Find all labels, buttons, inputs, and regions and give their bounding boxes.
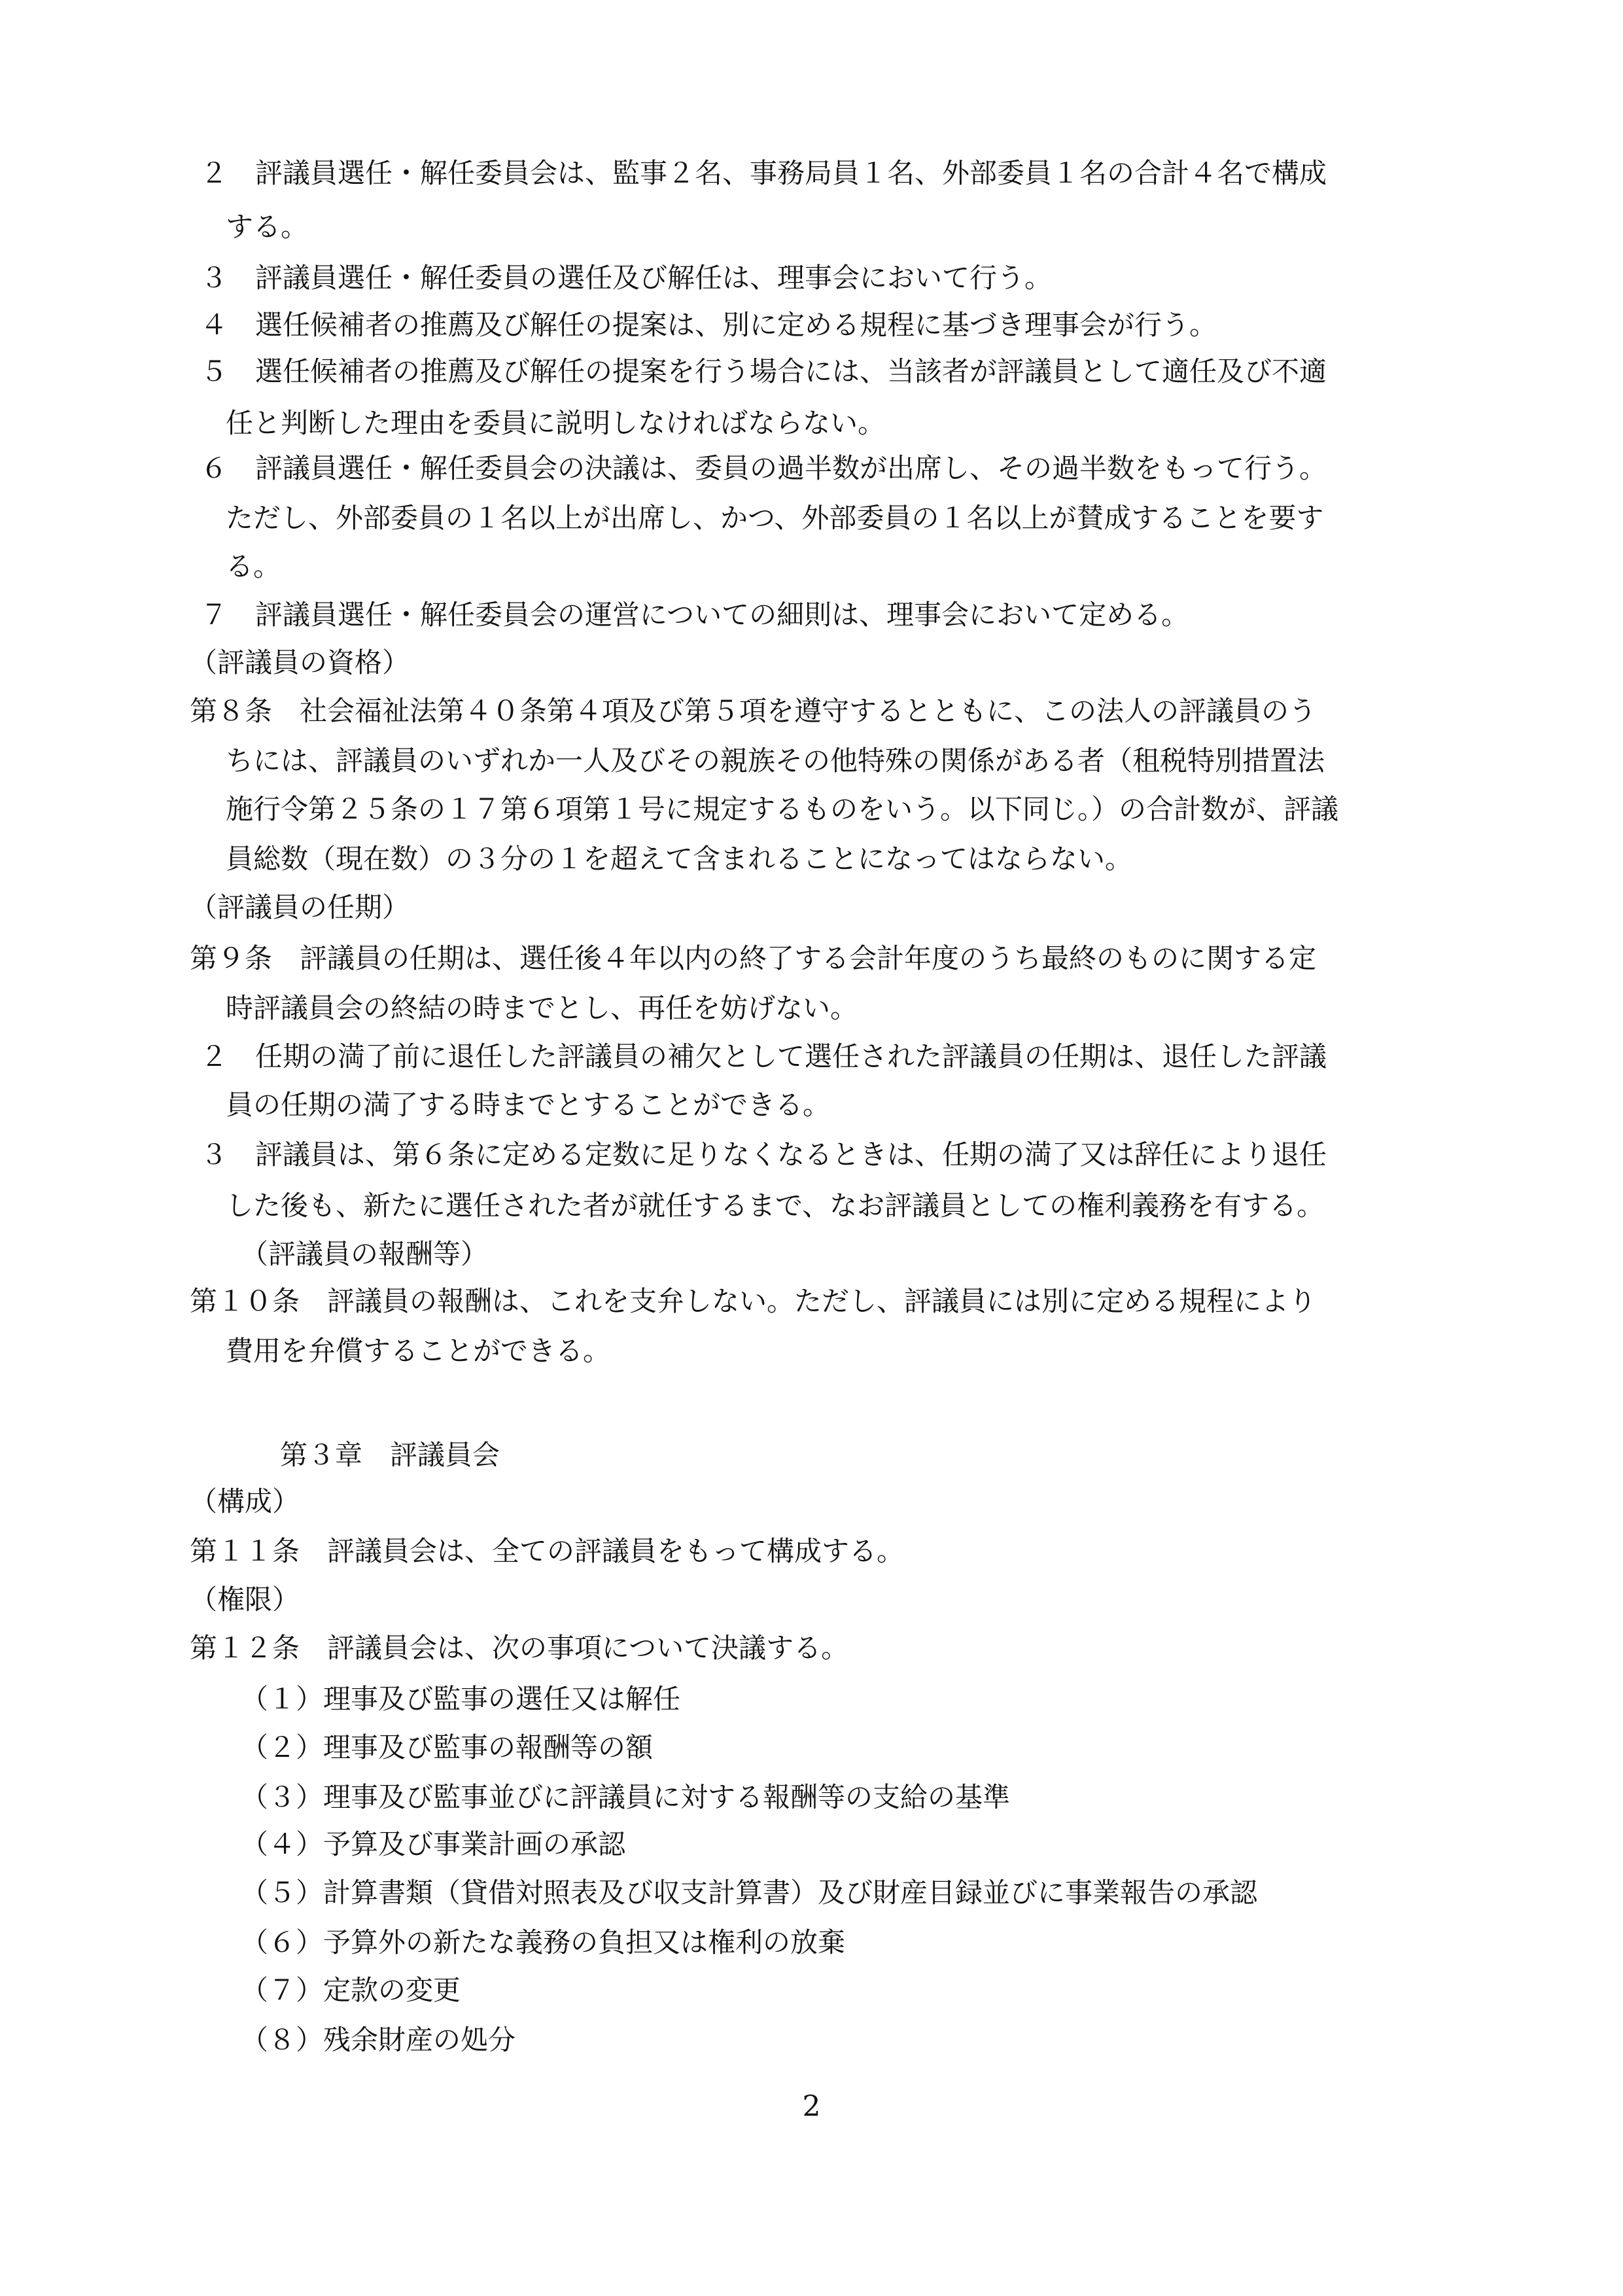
list-item: （４）予算及び事業計画の承認	[241, 1828, 625, 1861]
list-item: （２）理事及び監事の報酬等の額	[241, 1731, 653, 1764]
article-text: 第１２条 評議員会は、次の事項について決議する。	[190, 1632, 848, 1665]
continuation-text: 任と判断した理由を委員に説明しなければならない。	[226, 407, 885, 440]
article-text: 第１０条 評議員の報酬は、これを支弁しない。ただし、評議員には別に定める規程によ…	[190, 1285, 1316, 1318]
list-item: （５）計算書類（貸借対照表及び収支計算書）及び財産目録並びに事業報告の承認	[241, 1877, 1257, 1909]
article-text: 第１１条 評議員会は、全ての評議員をもって構成する。	[190, 1535, 904, 1568]
continuation-text: 費用を弁償することができる。	[226, 1335, 610, 1368]
continuation-text: る。	[226, 550, 281, 583]
article-caption: （権限）	[190, 1583, 300, 1616]
continuation-text: 員の任期の満了する時までとすることができる。	[226, 1089, 830, 1122]
list-item: （７）定款の変更	[241, 1974, 461, 2007]
document-page: ２ 評議員選任・解任委員会は、監事２名、事務局員１名、外部委員１名の合計４名で構…	[0, 0, 1623, 2296]
continuation-text: ちには、評議員のいずれか一人及びその親族その他特殊の関係がある者（租税特別措置法	[226, 745, 1325, 777]
paragraph-text: ４ 選任候補者の推薦及び解任の提案は、別に定める規程に基づき理事会が行う。	[200, 309, 1217, 342]
paragraph-text: ７ 評議員選任・解任委員会の運営についての細則は、理事会において定める。	[200, 599, 1189, 631]
article-caption: （構成）	[190, 1485, 300, 1518]
paragraph-text: ３ 評議員選任・解任委員の選任及び解任は、理事会において行う。	[200, 262, 1052, 294]
continuation-text: 施行令第２５条の１７第６項第１号に規定するものをいう。以下同じ。）の合計数が、評…	[226, 793, 1338, 826]
continuation-text: する。	[226, 211, 308, 243]
article-text: 第９条 評議員の任期は、選任後４年以内の終了する会計年度のうち最終のものに関する…	[190, 942, 1316, 975]
continuation-text: ただし、外部委員の１名以上が出席し、かつ、外部委員の１名以上が賛成することを要す	[226, 502, 1323, 535]
list-item: （６）予算外の新たな義務の負担又は権利の放棄	[241, 1926, 845, 1959]
list-item: （３）理事及び監事並びに評議員に対する報酬等の支給の基準	[241, 1781, 1010, 1814]
article-caption: （評議員の資格）	[190, 646, 410, 679]
paragraph-text: ２ 評議員選任・解任委員会は、監事２名、事務局員１名、外部委員１名の合計４名で構…	[200, 157, 1327, 190]
article-caption: （評議員の任期）	[190, 891, 410, 924]
continuation-text: 員総数（現在数）の３分の１を超えて含まれることになってはならない。	[226, 843, 1132, 875]
page-number: 2	[0, 2091, 1623, 2123]
list-item: （８）残余財産の処分	[241, 2024, 515, 2057]
continuation-text: した後も、新たに選任された者が就任するまで、なお評議員としての権利義務を有する。	[226, 1190, 1324, 1222]
paragraph-text: ３ 評議員は、第６条に定める定数に足りなくなるときは、任期の満了又は辞任により退…	[200, 1139, 1327, 1171]
paragraph-text: ５ 選任候補者の推薦及び解任の提案を行う場合には、当該者が評議員として適任及び不…	[200, 355, 1327, 388]
chapter-heading: 第３章 評議員会	[280, 1439, 500, 1472]
list-item: （１）理事及び監事の選任又は解任	[241, 1683, 680, 1716]
paragraph-text: ６ 評議員選任・解任委員会の決議は、委員の過半数が出席し、その過半数をもって行う…	[200, 452, 1327, 485]
article-caption: （評議員の報酬等）	[241, 1238, 488, 1271]
paragraph-text: ２ 任期の満了前に退任した評議員の補欠として選任された評議員の任期は、退任した評…	[200, 1040, 1327, 1073]
continuation-text: 時評議員会の終結の時までとし、再任を妨げない。	[226, 992, 858, 1025]
article-text: 第８条 社会福祉法第４０条第４項及び第５項を遵守するとともに、この法人の評議員の…	[190, 695, 1316, 728]
